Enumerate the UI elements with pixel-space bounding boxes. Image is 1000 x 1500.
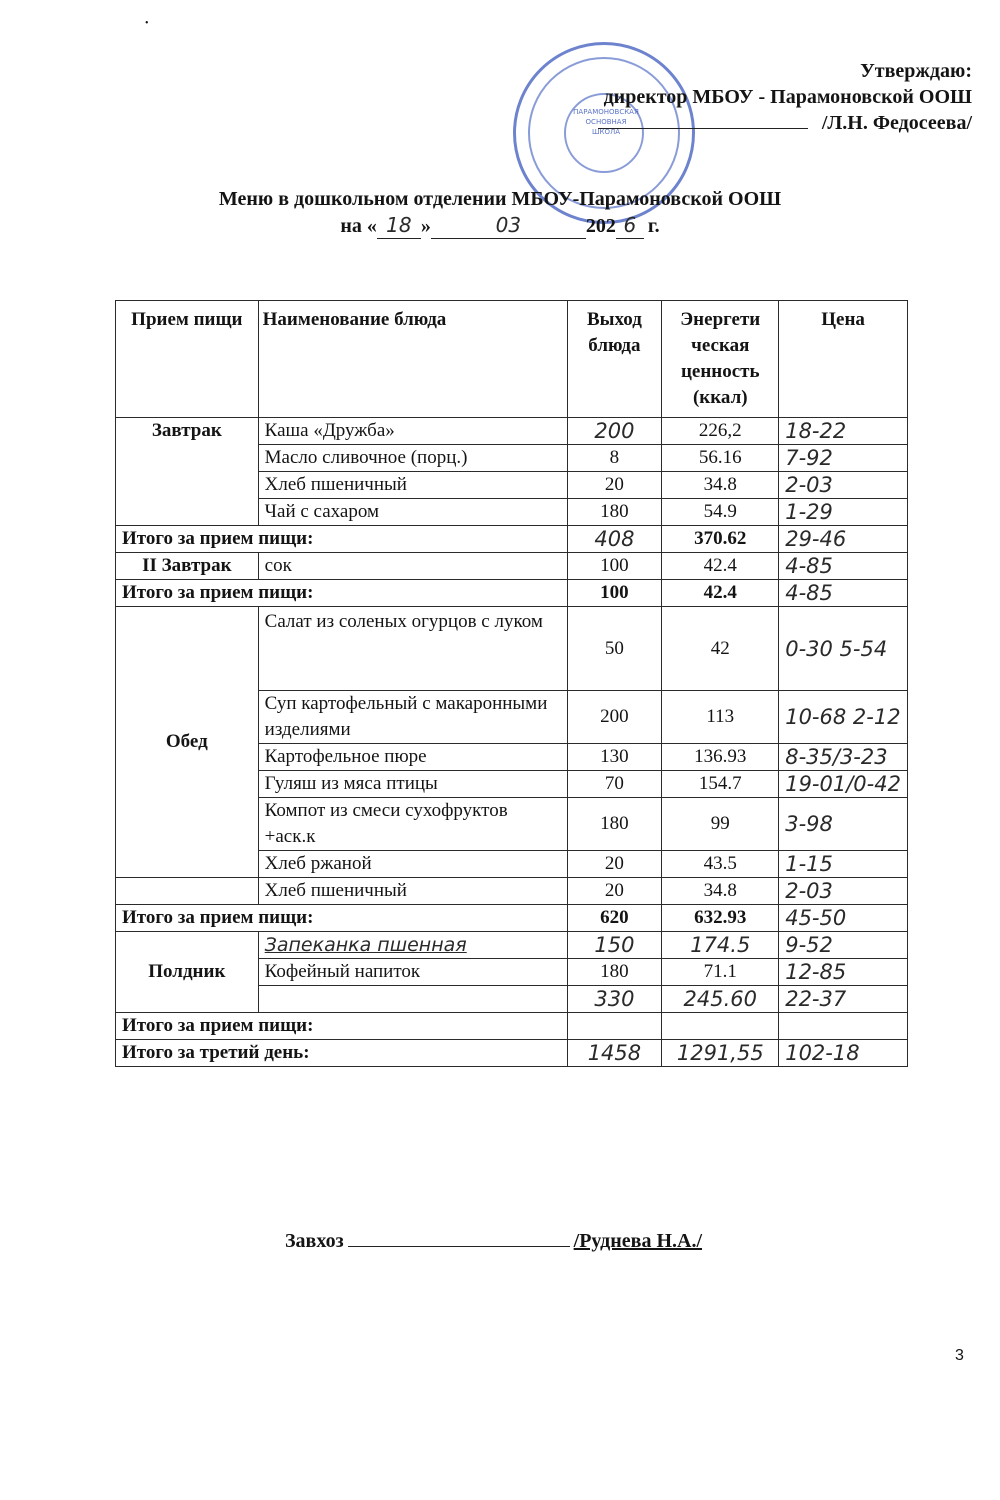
dish-name: Гуляш из мяса птицы [258, 771, 567, 798]
total-price: 4-85 [779, 580, 908, 607]
header-price: Цена [779, 301, 908, 418]
total-yield: 408 [567, 526, 662, 553]
dish-name: Хлеб пшеничный [258, 878, 567, 905]
dish-name: Суп картофельный с макаронными изделиями [258, 691, 567, 744]
scan-speck: • [145, 18, 149, 29]
date-mid: » [421, 215, 431, 237]
dish-price: 22-37 [779, 986, 908, 1013]
total-price: 29-46 [779, 526, 908, 553]
page-number: 3 [955, 1347, 964, 1365]
dish-yield: 200 [567, 418, 662, 445]
approval-label: Утверждаю: [598, 58, 972, 84]
total-price [779, 1013, 908, 1040]
header-yield: Выход блюда [567, 301, 662, 418]
dish-price: 9-52 [779, 932, 908, 959]
dish-name [258, 986, 567, 1013]
dish-price: 2-03 [779, 472, 908, 499]
dish-price: 1-15 [779, 851, 908, 878]
dish-yield: 8 [567, 445, 662, 472]
dish-name: Запеканка пшенная [258, 932, 567, 959]
date-day: 18 [377, 212, 421, 239]
dish-yield: 180 [567, 499, 662, 526]
approval-position: директор МБОУ - Парамоновской ООШ [598, 84, 972, 110]
header-meal: Прием пищи [116, 301, 259, 418]
menu-table: Прием пищи Наименование блюда Выход блюд… [115, 300, 908, 1067]
dish-yield: 330 [567, 986, 662, 1013]
total-label: Итого за прием пищи: [116, 580, 568, 607]
dish-yield: 200 [567, 691, 662, 744]
approval-block: Утверждаю: директор МБОУ - Парамоновской… [598, 58, 972, 136]
day-total-price: 102-18 [779, 1040, 908, 1067]
dish-kcal: 113 [662, 691, 779, 744]
director-name: /Л.Н. Федосеева/ [822, 112, 972, 134]
dish-yield: 180 [567, 798, 662, 851]
dish-name: Чай с сахаром [258, 499, 567, 526]
dish-price: 7-92 [779, 445, 908, 472]
day-total-row: Итого за третий день: 1458 1291,55 102-1… [116, 1040, 908, 1067]
date-month: 03 [431, 212, 586, 239]
dish-kcal: 34.8 [662, 472, 779, 499]
total-label: Итого за прием пищи: [116, 905, 568, 932]
total-yield [567, 1013, 662, 1040]
table-row: Полдник Запеканка пшенная 150 174.5 9-52 [116, 932, 908, 959]
dish-name: Масло сливочное (порц.) [258, 445, 567, 472]
table-row: Хлеб пшеничный 20 34.8 2-03 [116, 878, 908, 905]
dish-kcal: 71.1 [662, 959, 779, 986]
dish-kcal: 54.9 [662, 499, 779, 526]
dish-price: 0-30 5-54 [779, 607, 908, 691]
dish-kcal: 174.5 [662, 932, 779, 959]
dish-name: Салат из соленых огурцов с луком [258, 607, 567, 691]
dish-kcal: 136.93 [662, 744, 779, 771]
dish-kcal: 56.16 [662, 445, 779, 472]
date-suffix: г. [648, 215, 660, 237]
dish-name: Кофейный напиток [258, 959, 567, 986]
dish-price: 19-01/0-42 [779, 771, 908, 798]
table-row: Завтрак Каша «Дружба» 200 226,2 18-22 [116, 418, 908, 445]
day-total-yield: 1458 [567, 1040, 662, 1067]
table-header-row: Прием пищи Наименование блюда Выход блюд… [116, 301, 908, 418]
empty-cell [116, 878, 259, 905]
total-label: Итого за прием пищи: [116, 1013, 568, 1040]
dish-yield: 150 [567, 932, 662, 959]
dish-kcal: 226,2 [662, 418, 779, 445]
header-energy: Энергети ческая ценность (ккал) [662, 301, 779, 418]
total-row: Итого за прием пищи: 620 632.93 45-50 [116, 905, 908, 932]
document-title: Меню в дошкольном отделении МБОУ-Парамон… [0, 186, 1000, 239]
total-yield: 620 [567, 905, 662, 932]
dish-kcal: 42.4 [662, 553, 779, 580]
total-row: Итого за прием пищи: [116, 1013, 908, 1040]
meal-lunch: Обед [116, 607, 259, 878]
dish-price: 18-22 [779, 418, 908, 445]
storekeeper-signature-block: Завхоз/Руднева Н.А./ [285, 1228, 702, 1253]
dish-kcal: 99 [662, 798, 779, 851]
director-signature [598, 110, 808, 129]
dish-kcal: 43.5 [662, 851, 779, 878]
meal-breakfast: Завтрак [116, 418, 259, 526]
total-row: Итого за прием пищи: 100 42.4 4-85 [116, 580, 908, 607]
total-kcal: 632.93 [662, 905, 779, 932]
dish-price: 4-85 [779, 553, 908, 580]
dish-yield: 100 [567, 553, 662, 580]
dish-kcal: 42 [662, 607, 779, 691]
dish-yield: 180 [567, 959, 662, 986]
dish-kcal: 34.8 [662, 878, 779, 905]
dish-price: 1-29 [779, 499, 908, 526]
dish-name: сок [258, 553, 567, 580]
dish-yield: 50 [567, 607, 662, 691]
dish-price: 3-98 [779, 798, 908, 851]
total-kcal: 42.4 [662, 580, 779, 607]
dish-yield: 20 [567, 851, 662, 878]
storekeeper-role: Завхоз [285, 1230, 344, 1252]
total-price: 45-50 [779, 905, 908, 932]
day-total-kcal: 1291,55 [662, 1040, 779, 1067]
day-total-label: Итого за третий день: [116, 1040, 568, 1067]
dish-name: Хлеб ржаной [258, 851, 567, 878]
total-kcal: 370.62 [662, 526, 779, 553]
dish-price: 12-85 [779, 959, 908, 986]
header-dish: Наименование блюда [258, 301, 567, 418]
total-yield: 100 [567, 580, 662, 607]
table-row: II Завтрак сок 100 42.4 4-85 [116, 553, 908, 580]
dish-price: 8-35/3-23 [779, 744, 908, 771]
date-line: на «18»032026г. [0, 212, 1000, 239]
dish-kcal: 154.7 [662, 771, 779, 798]
total-row: Итого за прием пищи: 408 370.62 29-46 [116, 526, 908, 553]
total-kcal [662, 1013, 779, 1040]
dish-name: Каша «Дружба» [258, 418, 567, 445]
dish-name: Хлеб пшеничный [258, 472, 567, 499]
dish-price: 2-03 [779, 878, 908, 905]
meal-second-breakfast: II Завтрак [116, 553, 259, 580]
total-label: Итого за прием пищи: [116, 526, 568, 553]
dish-yield: 130 [567, 744, 662, 771]
meal-snack: Полдник [116, 932, 259, 1013]
date-year-prefix: 202 [586, 215, 616, 237]
storekeeper-name: /Руднева Н.А./ [574, 1230, 702, 1252]
dish-name: Картофельное пюре [258, 744, 567, 771]
dish-yield: 20 [567, 472, 662, 499]
approval-signature-line: /Л.Н. Федосеева/ [598, 110, 972, 136]
dish-price: 10-68 2-12 [779, 691, 908, 744]
date-prefix: на « [340, 215, 377, 237]
dish-kcal: 245.60 [662, 986, 779, 1013]
dish-name: Компот из смеси сухофруктов +аск.к [258, 798, 567, 851]
title-line: Меню в дошкольном отделении МБОУ-Парамон… [0, 186, 1000, 212]
table-row: Обед Салат из соленых огурцов с луком 50… [116, 607, 908, 691]
dish-yield: 20 [567, 878, 662, 905]
dish-yield: 70 [567, 771, 662, 798]
storekeeper-signature [348, 1228, 570, 1247]
date-year-digit: 6 [616, 212, 644, 239]
